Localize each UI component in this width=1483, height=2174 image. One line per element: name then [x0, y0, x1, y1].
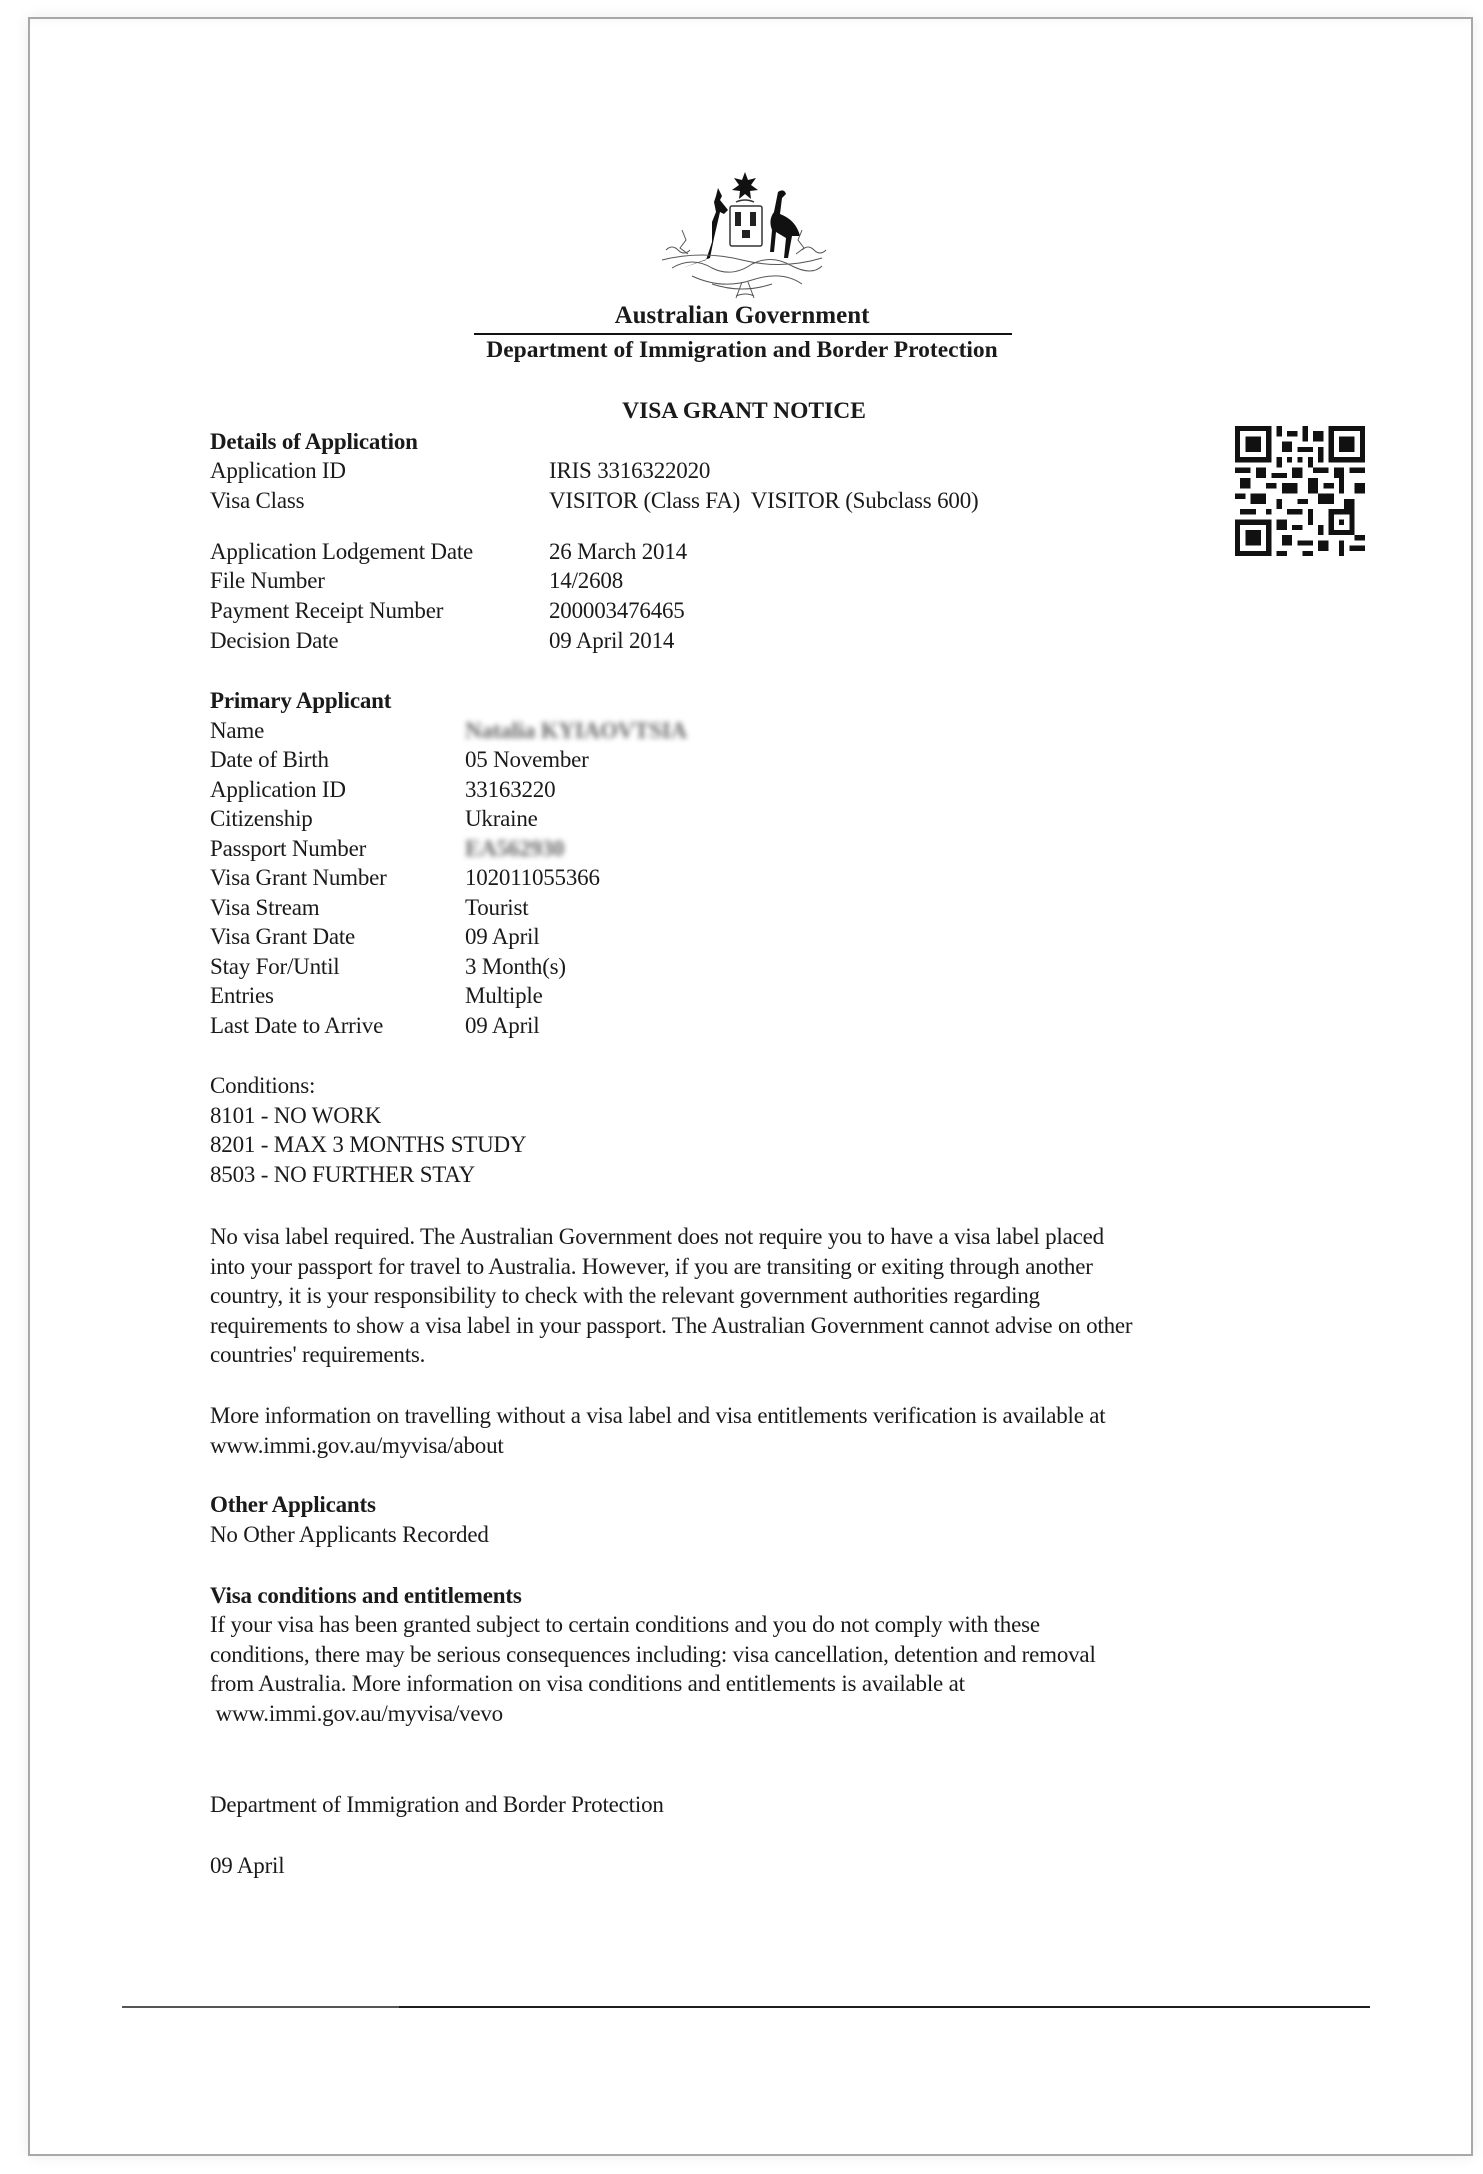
applicant-value-stay: 3 Month(s): [465, 952, 566, 982]
applicant-value-dob: 05 November: [465, 745, 589, 775]
applicant-label-entries: Entries: [210, 981, 274, 1011]
paragraph-line: countries' requirements.: [210, 1340, 1300, 1370]
condition-item: 8503 - NO FURTHER STAY: [210, 1160, 475, 1190]
applicant-label-stay: Stay For/Until: [210, 952, 339, 982]
applicant-label-application-id: Application ID: [210, 775, 346, 805]
visa-conditions-heading: Visa conditions and entitlements: [210, 1581, 522, 1611]
details-label-application-id: Application ID: [210, 456, 346, 486]
applicant-value-passport: EA562930: [465, 834, 564, 864]
footer-rule: [122, 2006, 1370, 2008]
details-value-visa-class: VISITOR (Class FA) VISITOR (Subclass 600…: [549, 486, 978, 516]
more-info-paragraph: More information on travelling without a…: [210, 1401, 1300, 1460]
condition-item: 8201 - MAX 3 MONTHS STUDY: [210, 1130, 526, 1160]
applicant-value-visa-stream: Tourist: [465, 893, 528, 923]
applicant-label-dob: Date of Birth: [210, 745, 329, 775]
department-title: Department of Immigration and Border Pro…: [486, 337, 997, 364]
details-value-decision-date: 09 April 2014: [549, 626, 674, 656]
paragraph-line: No visa label required. The Australian G…: [210, 1222, 1300, 1252]
paragraph-line: More information on travelling without a…: [210, 1401, 1300, 1431]
details-label-lodgement-date: Application Lodgement Date: [210, 537, 473, 567]
qr-code-icon: [1235, 426, 1365, 556]
paragraph-line: into your passport for travel to Austral…: [210, 1252, 1300, 1282]
other-applicants-heading: Other Applicants: [210, 1490, 376, 1520]
details-label-visa-class: Visa Class: [210, 486, 304, 516]
applicant-label-grant-number: Visa Grant Number: [210, 863, 387, 893]
details-heading: Details of Application: [210, 427, 418, 457]
visa-conditions-paragraph: If your visa has been granted subject to…: [210, 1610, 1300, 1728]
government-title: Australian Government: [615, 302, 870, 330]
paragraph-line: country, it is your responsibility to ch…: [210, 1281, 1300, 1311]
applicant-value-citizenship: Ukraine: [465, 804, 538, 834]
details-value-lodgement-date: 26 March 2014: [549, 537, 687, 567]
condition-item: 8101 - NO WORK: [210, 1101, 381, 1131]
applicant-value-last-arrive: 09 April: [465, 1011, 539, 1041]
applicant-label-passport: Passport Number: [210, 834, 366, 864]
applicant-label-name: Name: [210, 716, 264, 746]
paragraph-line: If your visa has been granted subject to…: [210, 1610, 1300, 1640]
notice-title: VISA GRANT NOTICE: [622, 398, 866, 425]
signoff-date: 09 April: [210, 1851, 284, 1881]
header-rule: [474, 333, 1012, 335]
details-label-decision-date: Decision Date: [210, 626, 338, 656]
applicant-label-grant-date: Visa Grant Date: [210, 922, 355, 952]
paragraph-line: from Australia. More information on visa…: [210, 1669, 1300, 1699]
coat-of-arms-icon: [652, 170, 838, 302]
paragraph-line: conditions, there may be serious consequ…: [210, 1640, 1300, 1670]
applicant-label-visa-stream: Visa Stream: [210, 893, 319, 923]
other-applicants-text: No Other Applicants Recorded: [210, 1520, 489, 1550]
applicant-value-application-id: 33163220: [465, 775, 555, 805]
applicant-value-grant-number: 102011055366: [465, 863, 600, 893]
paragraph-line: requirements to show a visa label in you…: [210, 1311, 1300, 1341]
applicant-label-last-arrive: Last Date to Arrive: [210, 1011, 383, 1041]
details-label-payment-receipt: Payment Receipt Number: [210, 596, 443, 626]
visa-label-paragraph: No visa label required. The Australian G…: [210, 1222, 1300, 1370]
redacted-name: Natalia KYIAOVTSIA: [465, 716, 687, 746]
vevo-url: www.immi.gov.au/myvisa/vevo: [210, 1699, 1300, 1729]
primary-applicant-heading: Primary Applicant: [210, 686, 391, 716]
redacted-passport: EA562930: [465, 834, 564, 864]
applicant-label-citizenship: Citizenship: [210, 804, 313, 834]
applicant-value-name: Natalia KYIAOVTSIA: [465, 716, 687, 746]
signoff-department: Department of Immigration and Border Pro…: [210, 1790, 664, 1820]
details-value-payment-receipt: 200003476465: [549, 596, 685, 626]
applicant-value-entries: Multiple: [465, 981, 543, 1011]
details-label-file-number: File Number: [210, 566, 325, 596]
details-value-application-id: IRIS 3316322020: [549, 456, 710, 486]
about-url: www.immi.gov.au/myvisa/about: [210, 1431, 1300, 1461]
applicant-value-grant-date: 09 April: [465, 922, 539, 952]
details-value-file-number: 14/2608: [549, 566, 623, 596]
conditions-heading: Conditions:: [210, 1071, 315, 1101]
